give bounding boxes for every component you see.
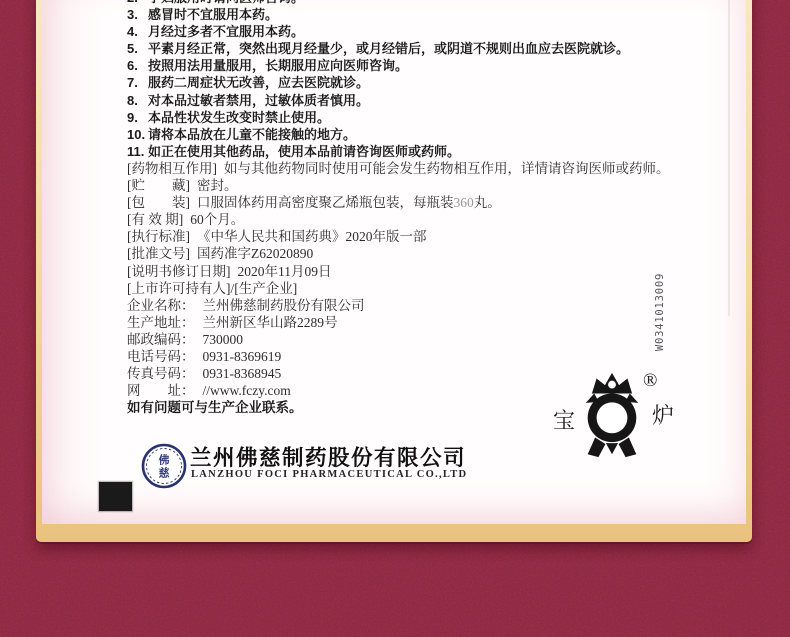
precaution-item: 4.月经过多者不宜服用本药。 [127,23,757,40]
license-holder-line: [上市许可持有人]/[生产企业] [127,280,757,297]
item-number: 11. [127,143,148,160]
precaution-item: 3.感冒时不宜服用本药。 [127,6,757,23]
leaflet-text-block: 2.孕妇服用时请向医师咨询。 3.感冒时不宜服用本药。 4.月经过多者不宜服用本… [127,0,757,416]
drug-leaflet-label: 2.孕妇服用时请向医师咨询。 3.感冒时不宜服用本药。 4.月经过多者不宜服用本… [42,0,746,524]
drug-interaction-line: [药物相互作用]如与其他药物同时使用可能会发生药物相互作用，详情请咨询医师或药师… [127,160,757,177]
item-text: 请将本品放在儿童不能接触的地方。 [148,127,356,142]
field-value: 国药准字Z62020890 [197,246,313,261]
item-text: 本品性状发生改变时禁止使用。 [148,110,330,125]
field-label: 网 址： [127,383,195,398]
field-label: [执行标准] [127,229,190,244]
field-value: 0931-8368945 [203,366,282,381]
field-label: 企业名称： [127,298,195,313]
approval-number-line: [批准文号]国药准字Z62020890 [127,245,757,262]
field-label: 邮政编码： [127,332,195,347]
field-value: 60个月。 [190,212,244,227]
standard-line: [执行标准]《中华人民共和国药典》2020年版一部 [127,228,757,245]
package-line: [包 装]口服固体药用高密度聚乙烯瓶包装，每瓶装360丸。 [127,194,757,211]
field-value: 730000 [203,332,244,347]
package-pill-count: 360 [454,195,474,210]
precaution-item: 7.服药二周症状无改善，应去医院就诊。 [127,74,757,91]
field-value: 如与其他药物同时使用可能会发生药物相互作用，详情请咨询医师或药师。 [224,161,670,176]
item-number: 9. [127,109,148,126]
footer-company-name-cn: 兰州佛慈制药股份有限公司 [190,441,466,472]
storage-line: [贮 藏]密封。 [127,177,757,194]
item-number: 5. [127,40,148,57]
precaution-item: 8.对本品过敏者禁用，过敏体质者慎用。 [127,92,757,109]
field-value: 《中华人民共和国药典》2020年版一部 [197,229,427,244]
field-value: 密封。 [197,178,238,193]
field-label: [上市许可持有人]/[生产企业] [127,281,297,296]
package-text: 口服固体药用高密度聚乙烯瓶包装，每瓶装 [197,195,454,210]
item-number: 10. [127,126,148,143]
item-number: 4. [127,23,148,40]
item-number: 7. [127,74,148,91]
field-label: [贮 藏] [127,178,190,193]
telephone-line: 电话号码：0931-8369619 [127,348,757,365]
field-value: 2020年11月09日 [238,264,332,279]
precaution-item: 11.如正在使用其他药品，使用本品前请咨询医师或药师。 [127,143,757,160]
field-value: 兰州佛慈制药股份有限公司 [203,298,365,313]
field-value: 兰州新区华山路2289号 [203,315,338,330]
postal-code-line: 邮政编码：730000 [127,331,757,348]
field-label: [批准文号] [127,246,190,261]
precaution-item: 9.本品性状发生改变时禁止使用。 [127,109,757,126]
precaution-item: 5.平素月经正常，突然出现月经量少，或月经错后，或阴道不规则出血应去医院就诊。 [127,40,757,57]
field-label: [包 装] [127,195,190,210]
item-text: 按照用法用量服用，长期服用应向医师咨询。 [148,58,408,73]
item-number: 8. [127,92,148,109]
precaution-item: 10.请将本品放在儿童不能接触的地方。 [127,126,757,143]
field-label: [有 效 期] [127,212,183,227]
validity-line: [有 效 期]60个月。 [127,211,757,228]
gold-frame: 2.孕妇服用时请向医师咨询。 3.感冒时不宜服用本药。 4.月经过多者不宜服用本… [36,0,752,542]
field-label: [药物相互作用] [127,161,217,176]
field-label: 生产地址： [127,315,195,330]
item-text: 孕妇服用时请向医师咨询。 [148,0,304,5]
item-number: 3. [127,6,148,23]
field-label: [说明书修订日期] [127,264,231,279]
item-text: 对本品过敏者禁用，过敏体质者慎用。 [148,93,369,108]
footer-company-name-en: LANZHOU FOCI PHARMACEUTICAL CO.,LTD [191,469,467,480]
field-label: 传真号码： [127,366,195,381]
field-value: 0931-8369619 [203,349,282,364]
item-number: 6. [127,57,148,74]
website-line: 网 址：//www.fczy.com [127,382,757,399]
seal-char-top: 佛 [159,453,170,467]
precaution-item: 6.按照用法用量服用，长期服用应向医师咨询。 [127,57,757,74]
print-registration-mark [99,482,132,511]
company-name-line: 企业名称：兰州佛慈制药股份有限公司 [127,297,757,314]
seal-char-bottom: 慈 [159,466,170,480]
company-address-line: 生产地址：兰州新区华山路2289号 [127,314,757,331]
item-text: 月经过多者不宜服用本药。 [148,24,304,39]
item-text: 服药二周症状无改善，应去医院就诊。 [148,75,369,90]
field-label: 电话号码： [127,349,195,364]
contact-note-line: 如有问题可与生产企业联系。 [127,399,757,416]
revision-date-line: [说明书修订日期]2020年11月09日 [127,263,757,280]
item-text: 平素月经正常，突然出现月经量少，或月经错后，或阴道不规则出血应去医院就诊。 [148,41,629,56]
item-text: 如正在使用其他药品，使用本品前请咨询医师或药师。 [148,144,460,159]
field-value: //www.fczy.com [203,383,291,398]
package-text-suffix: 丸。 [474,195,501,210]
fax-line: 传真号码：0931-8368945 [127,365,757,382]
foci-seal-logo: 佛 慈 [141,443,187,489]
item-text: 感冒时不宜服用本药。 [148,7,278,22]
